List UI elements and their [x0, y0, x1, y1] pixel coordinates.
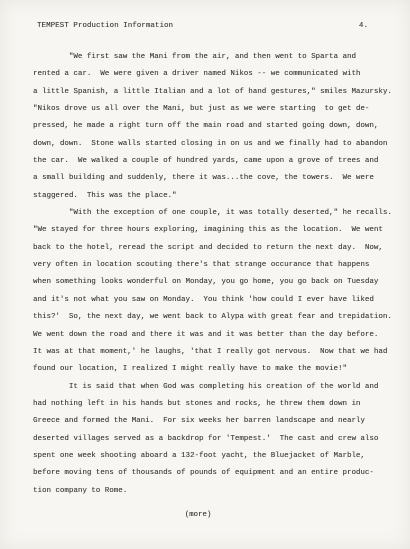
document-line: "We stayed for three hours exploring, im… — [33, 222, 400, 239]
document-line: We went down the road and there it was a… — [33, 327, 400, 344]
document-line: pressed, he made a right turn off the ma… — [33, 118, 400, 135]
document-line: found our location, I realized I might r… — [33, 361, 400, 378]
document-line: the car. We walked a couple of hundred y… — [33, 153, 400, 170]
document-line: "With the exception of one couple, it wa… — [33, 205, 400, 222]
page-header: TEMPEST Production Information 4. — [37, 22, 368, 30]
document-line: back to the hotel, reread the script and… — [33, 240, 400, 257]
document-line: It was at that moment,' he laughs, 'that… — [33, 344, 400, 361]
document-line: "We first saw the Mani from the air, and… — [33, 49, 400, 66]
document-title: TEMPEST Production Information — [37, 22, 173, 30]
document-line: staggered. This was the place." — [33, 188, 400, 205]
document-line: deserted villages served as a backdrop f… — [33, 431, 400, 448]
document-line: Greece and formed the Mani. For six week… — [33, 413, 400, 430]
document-line: rented a car. We were given a driver nam… — [33, 66, 400, 83]
document-line: It is said that when God was completing … — [33, 379, 400, 396]
document-line: a little Spanish, a little Italian and a… — [33, 84, 400, 101]
document-line: a small building and suddenly, there it … — [33, 170, 400, 187]
document-line: when something looks wonderful on Monday… — [33, 274, 400, 291]
document-line: tion company to Rome. — [33, 483, 400, 500]
document-line: before moving tens of thousands of pound… — [33, 465, 400, 482]
document-line: this?' So, the next day, we went back to… — [33, 309, 400, 326]
document-body: "We first saw the Mani from the air, and… — [33, 49, 400, 500]
document-line: had nothing left in his hands but stones… — [33, 396, 400, 413]
document-line: down, down. Stone walls started closing … — [33, 136, 400, 153]
page-footer-more: (more) — [0, 511, 396, 519]
document-line: "Nikos drove us all over the Mani, but j… — [33, 101, 400, 118]
document-line: and it's not what you saw on Monday. You… — [33, 292, 400, 309]
page-number: 4. — [359, 22, 368, 30]
document-line: very often in location scouting there's … — [33, 257, 400, 274]
document-line: spent one week shooting aboard a 132-foo… — [33, 448, 400, 465]
document-page: TEMPEST Production Information 4. "We fi… — [0, 0, 410, 549]
